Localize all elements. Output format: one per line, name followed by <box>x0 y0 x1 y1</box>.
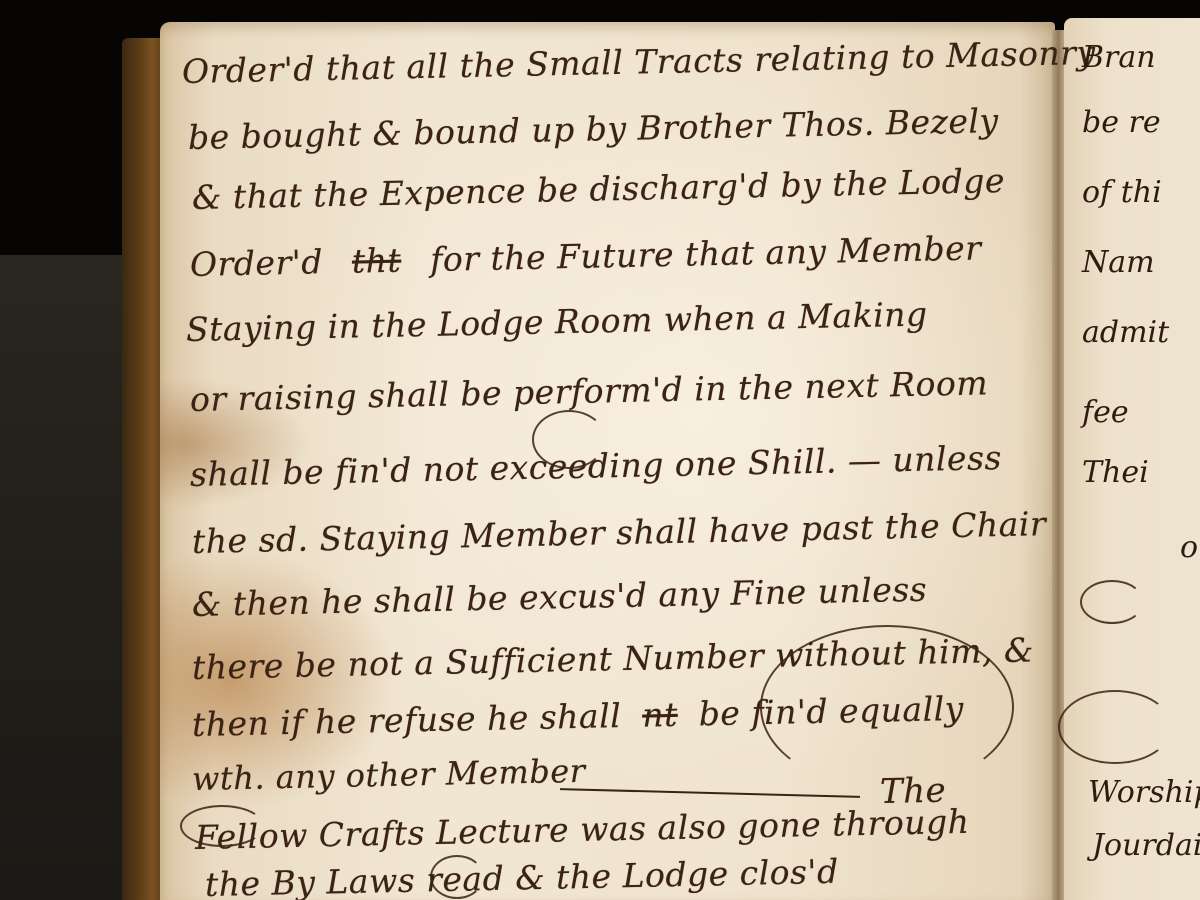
pen-flourish <box>1080 580 1144 624</box>
pen-flourish <box>1058 690 1172 764</box>
right-page-fragment: o <box>1180 530 1198 565</box>
right-page-fragment: Nam <box>1082 245 1155 280</box>
right-page-fragment: Worship <box>1088 775 1200 810</box>
right-page-fragment: Jourdai <box>1092 828 1200 863</box>
right-page-fragment: be re <box>1082 105 1161 140</box>
right-page-fragment: admit <box>1082 315 1169 350</box>
pen-flourish <box>430 855 484 899</box>
right-page-fragment: fee <box>1082 395 1129 430</box>
right-page-fragment: Bran <box>1082 40 1156 75</box>
right-page-fragment: Thei <box>1082 455 1149 490</box>
struck-word: nt <box>642 695 678 735</box>
order-word: Order'd <box>190 242 324 284</box>
pen-flourish <box>760 625 1014 789</box>
struck-word: tht <box>352 241 402 281</box>
right-page-fragment: of thi <box>1082 175 1162 210</box>
pen-flourish <box>180 805 264 847</box>
pen-flourish <box>532 410 606 469</box>
